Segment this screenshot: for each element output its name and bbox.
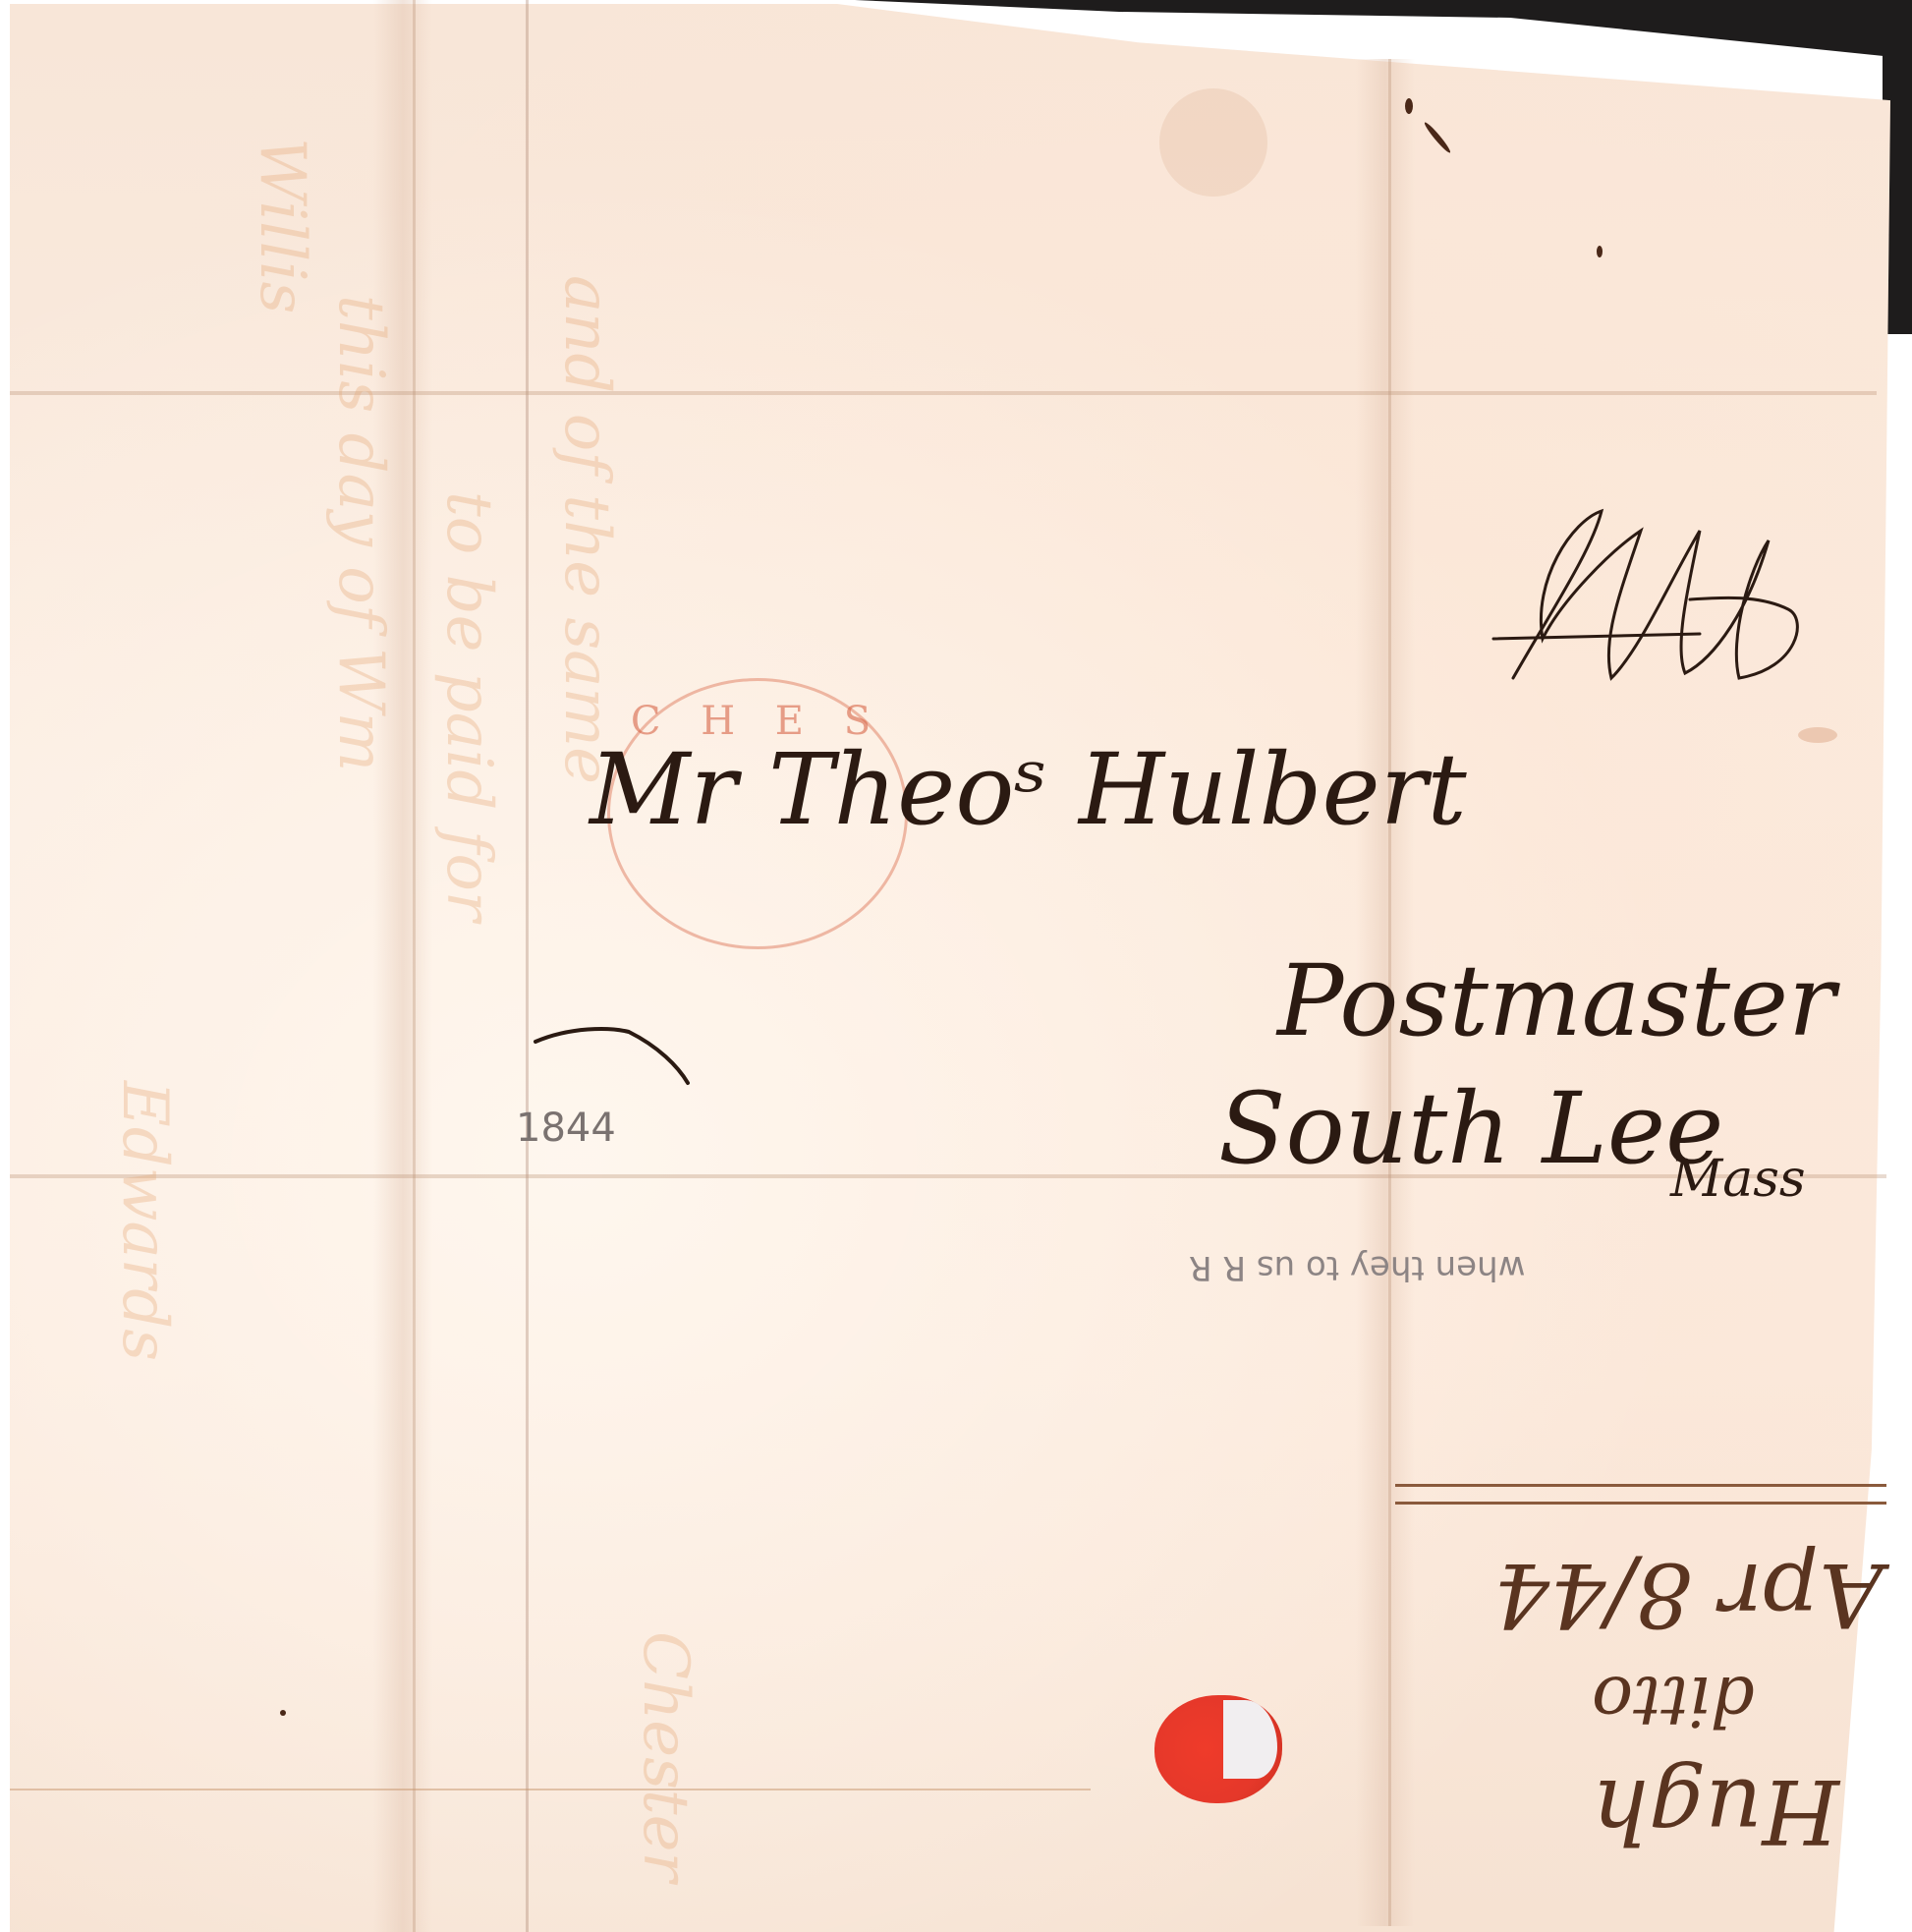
free-frank-marking [1474,491,1808,688]
rate-marking [531,1022,698,1091]
bleedthrough-text: to be paid for [432,491,505,922]
address-line-name: Mr Theoˢ Hulbert [590,732,1467,847]
stain [1798,727,1837,743]
ink-speck [1597,246,1603,257]
fold-crease [526,0,529,1932]
docket-name: Hugh [1592,1759,1839,1862]
bleedthrough-text: Willis [246,138,318,313]
bleedthrough-text: this day of Wm [324,295,397,771]
ink-speck [1405,98,1413,114]
fold-shadow [373,0,432,1932]
address-line-title: Postmaster [1277,943,1835,1058]
docket-rule [1395,1502,1886,1505]
fold-crease [10,1789,1091,1790]
fold-crease [10,391,1877,395]
ink-speck [280,1710,286,1716]
docket-date: Apr 8/44 [1493,1543,1883,1646]
bleedthrough-text: Edwards [108,1081,181,1361]
bleedthrough-text: Chester [629,1631,702,1882]
pencil-year: 1844 [516,1106,616,1151]
fold-crease [413,0,416,1932]
address-line-town: South Lee [1218,1071,1723,1186]
pencil-note-inverted: when they to us R R [1189,1248,1525,1287]
stain [1159,88,1267,197]
docket-rule [1395,1484,1886,1487]
address-line-state: Mass [1670,1150,1806,1209]
docket-ditto: ditto [1592,1661,1755,1741]
